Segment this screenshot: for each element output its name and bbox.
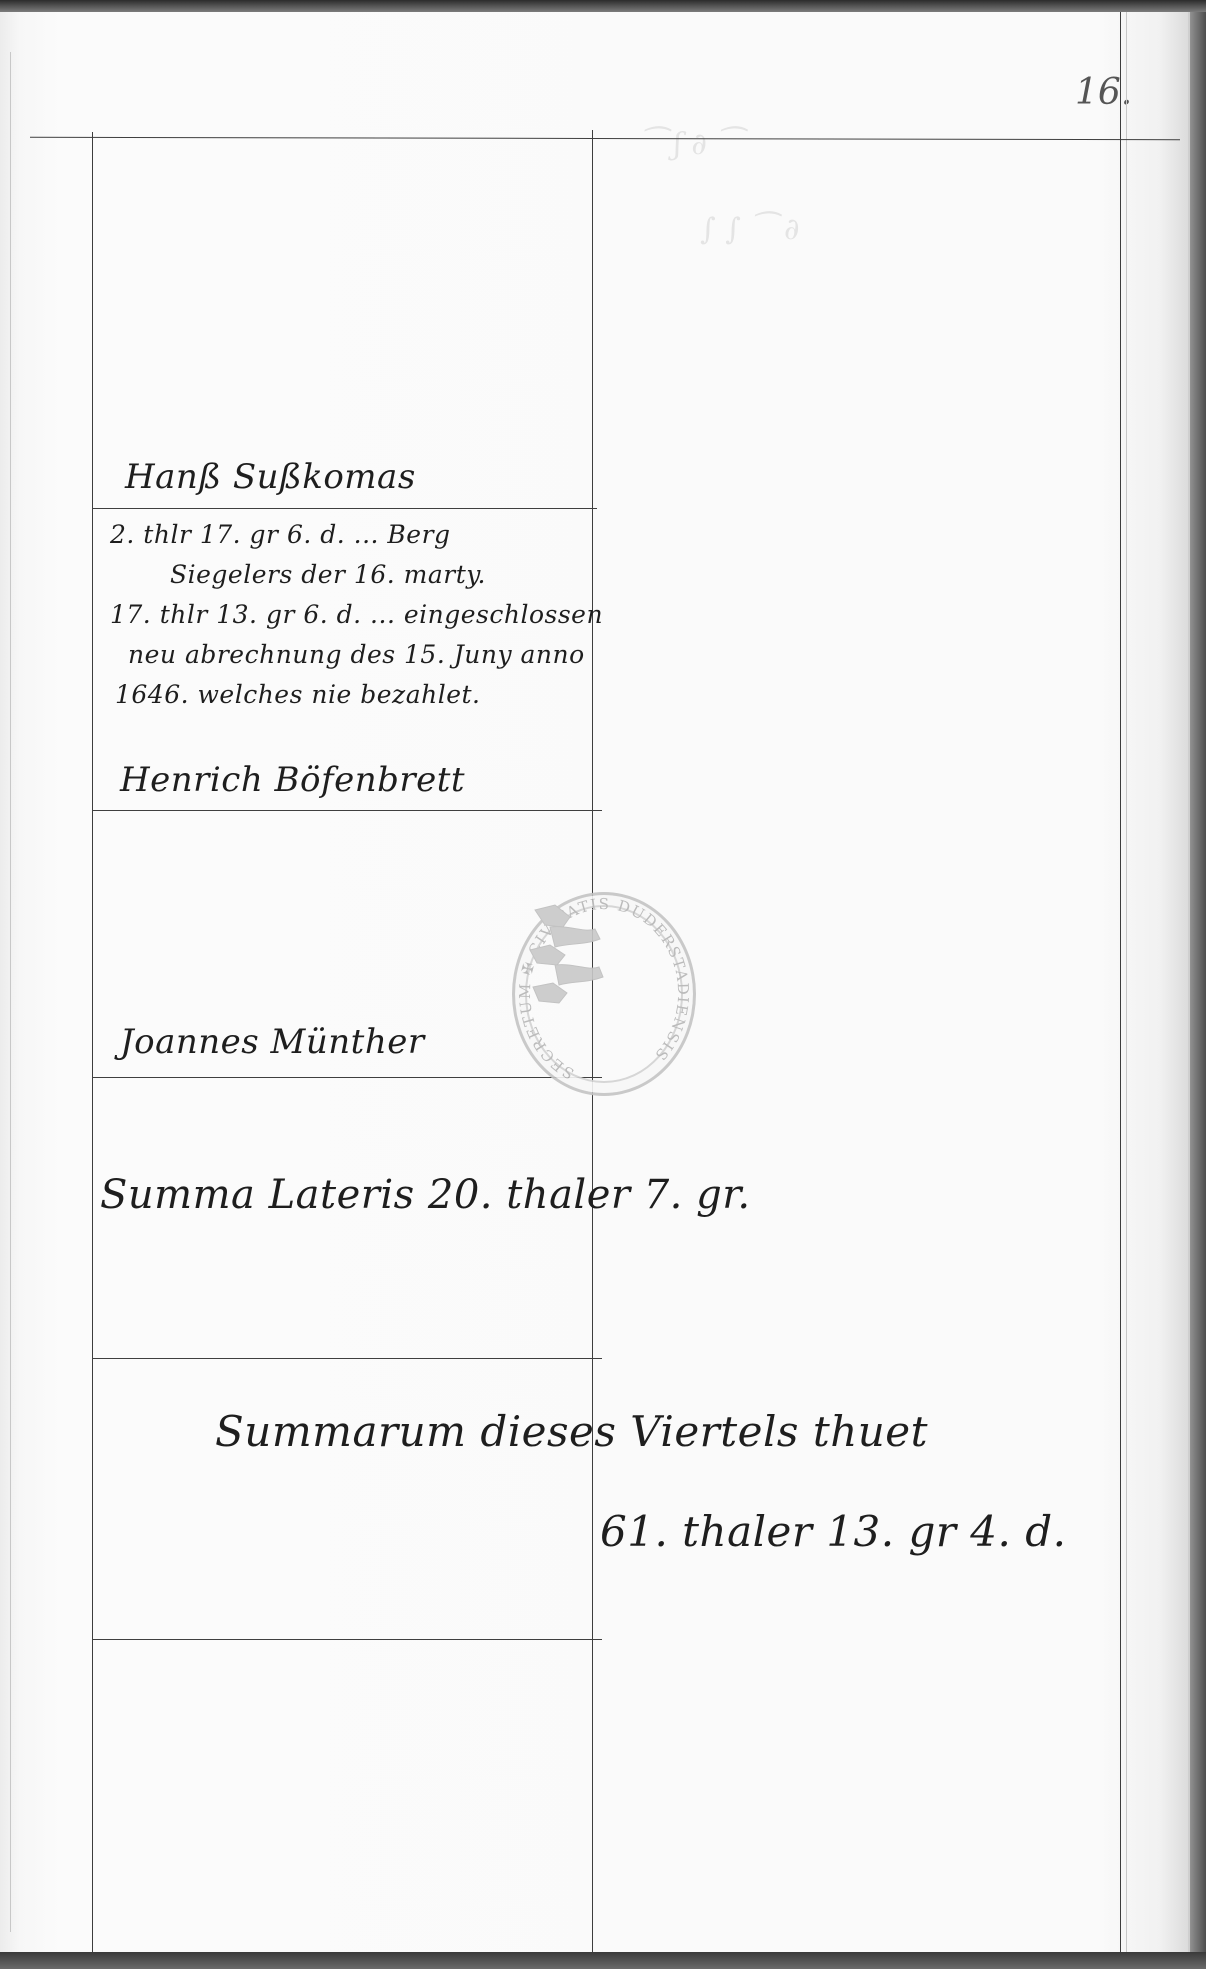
ruling-right-margin: [1120, 12, 1121, 1952]
page-number: 16.: [1075, 72, 1132, 113]
entry-name: Hanß Sußkomas: [125, 457, 416, 497]
ruling-after-name-1: [92, 508, 597, 509]
summa-lateris: Summa Lateris 20. thaler 7. gr.: [100, 1172, 751, 1218]
ruling-top: [30, 137, 1180, 140]
entry-line: 17. thlr 13. gr 6. d. ... eingeschlossen: [110, 597, 603, 632]
ruling-after-summa-total: [92, 1639, 602, 1640]
entry-name: Joannes Münther: [120, 1022, 425, 1062]
bleed-through-text: ⁀ ʃ ∂ ⁀: [640, 127, 741, 162]
summa-total-line-2: 61. thaler 13. gr 4. d.: [600, 1507, 1066, 1556]
city-seal-stamp: SECRETUM ✠ CIVITATIS DUDERSTADIENSIS: [512, 892, 696, 1096]
page-edge-shadow: [1188, 12, 1206, 1952]
ruling-after-summa-lateris: [92, 1358, 602, 1359]
manuscript-page: ⁀ ʃ ∂ ⁀ ∫ ∫ ⁀ ∂ 16. Hanß Sußkomas 2. thl…: [0, 12, 1190, 1952]
entry-line: 1646. welches nie bezahlet.: [115, 677, 480, 712]
ruling-after-entry-2: [92, 810, 602, 811]
ruling-left-margin: [92, 132, 93, 1952]
ruling-gutter: [10, 52, 11, 1932]
entry-line: Siegelers der 16. marty.: [170, 557, 486, 592]
lion-icon: [515, 895, 613, 1013]
entry-line: neu abrechnung des 15. Juny anno: [128, 637, 585, 672]
entry-line: 2. thlr 17. gr 6. d. ... Berg: [110, 517, 451, 552]
ruling-right-margin-double: [1126, 12, 1127, 1952]
book-binding-bottom: [0, 1952, 1206, 1969]
entry-name: Henrich Böfenbrett: [120, 760, 465, 800]
summa-total-line-1: Summarum dieses Viertels thuet: [215, 1407, 928, 1456]
bleed-through-text: ∫ ∫ ⁀ ∂: [700, 212, 800, 247]
